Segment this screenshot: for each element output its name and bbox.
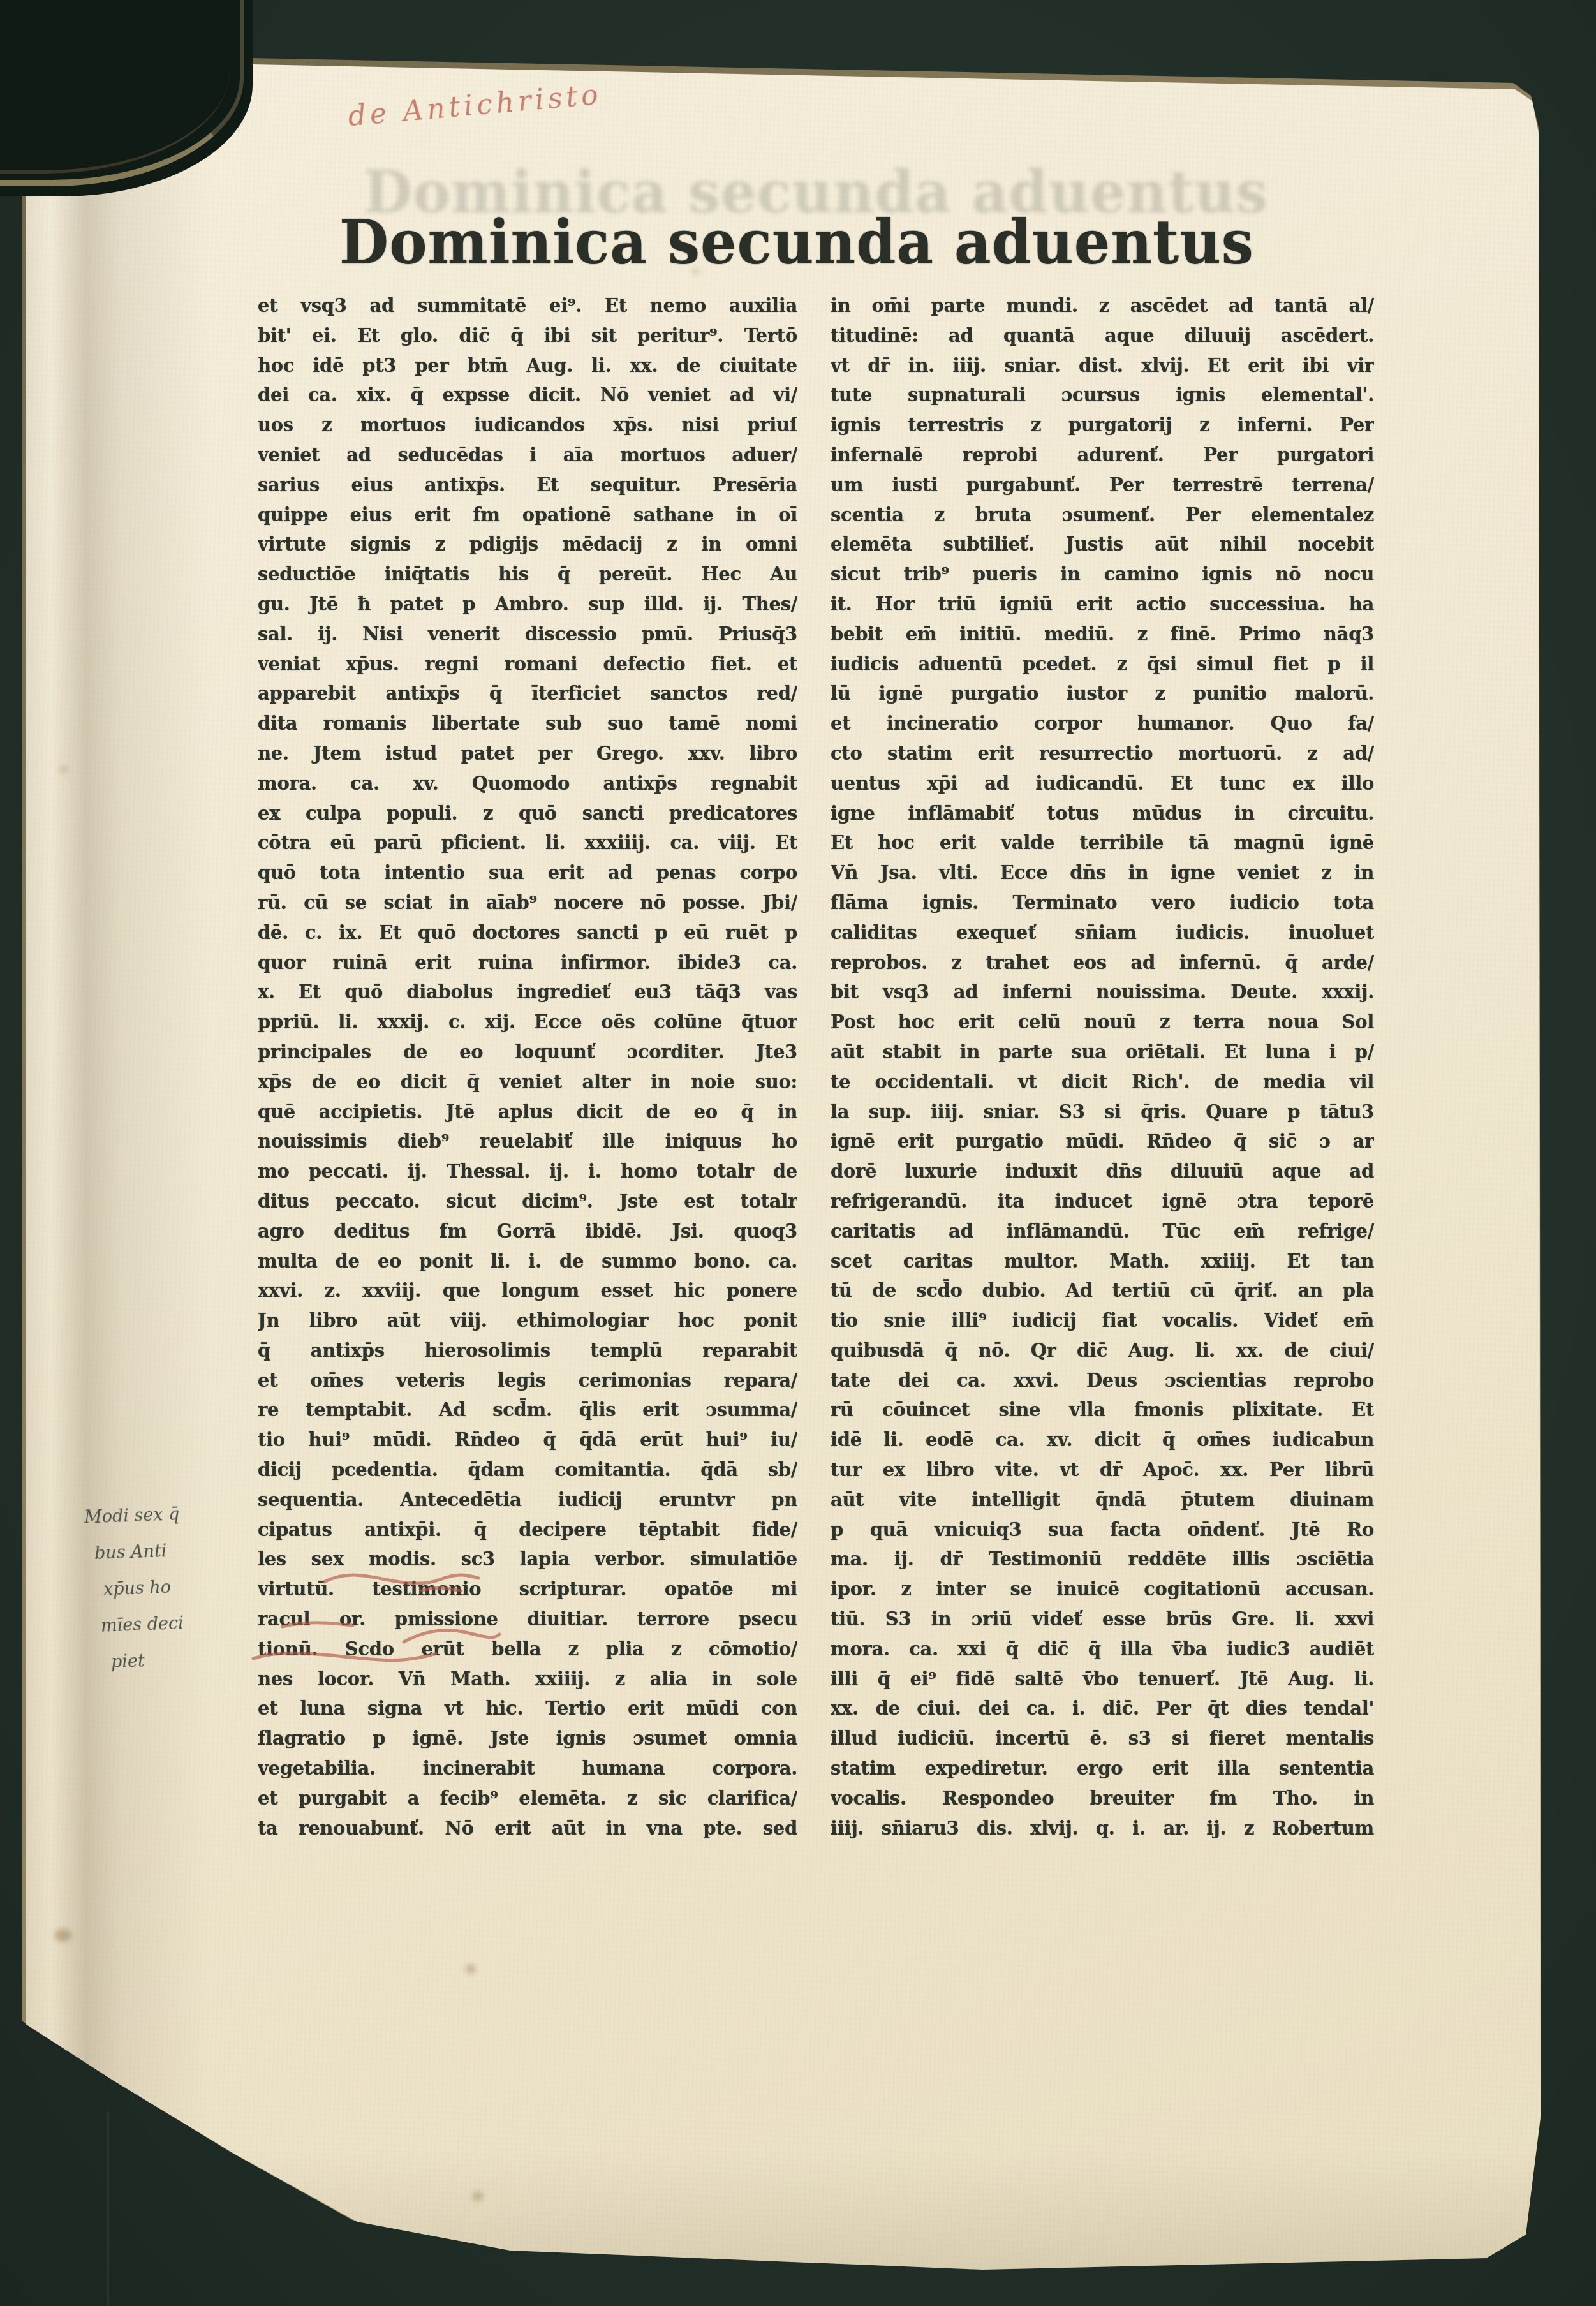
text-line: dei ca. xix. q̄ expsse dicit. Nō veniet …	[258, 380, 797, 410]
text-line: sal. ij. Nisi venerit discessio pmū. Pri…	[258, 619, 797, 649]
text-line: ne. Jtem istud patet per Grego. xxv. lib…	[258, 739, 797, 769]
text-line: scet caritas multor. Math. xxiiij. Et ta…	[831, 1246, 1374, 1276]
text-line: aūt vite intelligit q̄ndā p̄tutem diuina…	[831, 1485, 1374, 1515]
text-line: Jn libro aūt viij. ethimologiar hoc poni…	[258, 1306, 797, 1336]
text-line: xx. de ciui. dei ca. i. dic̄. Per q̄t di…	[831, 1694, 1374, 1724]
text-line: statim expediretur. ergo erit illa sente…	[831, 1754, 1374, 1784]
text-line: veniet ad seducēdas i aīa mortuos aduer/	[258, 440, 797, 470]
page-title: Dominica secunda aduentus	[339, 205, 1254, 277]
text-column-left: et vsq3 ad summitatē ei⁹. Et nemo auxili…	[258, 291, 797, 1843]
text-line: et luna signa vt hic. Tertio erit mūdi c…	[258, 1694, 797, 1724]
text-line: ignē erit purgatio mūdi. Rn̄deo q̄ sic̄ …	[831, 1127, 1374, 1157]
text-line: tū de scd̄o dubio. Ad tertiū cū q̄riť. a…	[831, 1276, 1374, 1306]
text-line: ditus peccato. sicut dicim⁹. Jste est to…	[258, 1186, 797, 1216]
text-line: mora. ca. xv. Quomodo antixp̄s regnabit	[258, 769, 797, 799]
text-line: virtute signis z pdigijs mēdacij z in om…	[258, 529, 797, 559]
text-line: reprobos. z trahet eos ad infernū. q̄ ar…	[831, 948, 1374, 978]
text-line: Et hoc erit valde terribile tā magnū ign…	[831, 828, 1374, 858]
text-line: ma. ij. dr̄ Testimoniū reddēte illis ɔsc…	[831, 1544, 1374, 1574]
text-line: ppriū. li. xxxij. c. xij. Ecce oēs colūn…	[258, 1007, 797, 1037]
annotation-line: mīes deci	[87, 1602, 255, 1645]
text-line: caliditas exequeť sn̄iam iudicis. inuolu…	[831, 918, 1374, 948]
stain-spot	[466, 1965, 476, 1974]
text-line: bit vsq3 ad inferni nouissima. Deute. xx…	[831, 977, 1374, 1007]
text-line: ex culpa populi. z quō sancti predicator…	[258, 799, 797, 829]
text-line: principales de eo loquunť ɔcorditer. Jte…	[258, 1037, 797, 1067]
annotation-line: Modi sex q̄	[84, 1494, 251, 1536]
stain-spot	[472, 2192, 484, 2201]
red-ink-inscription: de Antichristo	[347, 78, 603, 133]
text-line: dita romanis libertate sub suo tamē nomi	[258, 709, 797, 739]
text-line: nouissimis dieb⁹ reuelabiť ille iniquus …	[258, 1127, 797, 1157]
text-line: multa de eo ponit li. i. de summo bono. …	[258, 1246, 797, 1276]
text-line: mora. ca. xxi q̄ dic̄ q̄ illa v̄ba iudic…	[831, 1634, 1374, 1664]
text-line: uos z mortuos iudicandos xp̄s. nisi priu…	[258, 410, 797, 440]
text-line: infernalē reprobi adurenť. Per purgatori	[831, 440, 1374, 470]
text-line: ipor. z inter se inuicē cogitationū accu…	[831, 1574, 1374, 1604]
text-line: flāma ignis. Terminato vero iudicio tota	[831, 888, 1374, 918]
text-line: rū. cū se sciat in aīab⁹ nocere nō posse…	[258, 888, 797, 918]
text-line: quō tota intentio sua erit ad penas corp…	[258, 858, 797, 888]
text-line: dicij pcedentia. q̄dam comitantia. q̄dā …	[258, 1455, 797, 1485]
text-line: iudicis aduentū pcedet. z q̄si simul fie…	[831, 649, 1374, 679]
stain-spot	[55, 1929, 71, 1942]
text-line: apparebit antixp̄s q̄ īterficiet sanctos…	[258, 679, 797, 709]
text-line: dē. c. ix. Et quō doctores sancti p eū r…	[258, 918, 797, 948]
text-line: sarius eius antixp̄s. Et sequitur. Presē…	[258, 470, 797, 500]
text-line: illi q̄ ei⁹ fidē saltē v̄bo tenuerť. Jtē…	[831, 1664, 1374, 1694]
text-line: aūt stabit in parte sua oriētali. Et lun…	[831, 1037, 1374, 1067]
annotation-line: bus Anti	[85, 1530, 252, 1572]
text-line: bebit em̄ initiū. mediū. z finē. Primo n…	[831, 619, 1374, 649]
margin-annotation: Modi sex q̄bus Antixp̄us homīes decipiet	[84, 1494, 256, 1681]
text-line: seductiōe iniq̄tatis his q̄ pereūt. Hec …	[258, 559, 797, 589]
text-line: tio snie illi⁹ iudicij fiat vocalis. Vid…	[831, 1306, 1374, 1336]
text-line: idē li. eodē ca. xv. dicit q̄ om̄es iudi…	[831, 1425, 1374, 1455]
text-line: et vsq3 ad summitatē ei⁹. Et nemo auxili…	[258, 291, 797, 321]
text-line: cipatus antixp̄i. q̄ decipere tēptabit f…	[258, 1515, 797, 1545]
text-line: caritatis ad inflāmandū. Tūc em̄ refrige…	[831, 1216, 1374, 1246]
text-line: et incineratio corpor humanor. Quo fa/	[831, 709, 1374, 739]
page-curl-shadow	[26, 2148, 1544, 2289]
text-line: hoc idē pt3 per btm̄ Aug. li. xx. de ciu…	[258, 351, 797, 381]
text-line: mo peccati. ij. Thessal. ij. i. homo tot…	[258, 1157, 797, 1186]
text-line: gu. Jtē ħ patet p Ambro. sup illd. ij. T…	[258, 589, 797, 619]
text-line: titudinē: ad quantā aque diluuij ascēder…	[831, 321, 1374, 351]
annotation-line: xp̄us ho	[86, 1566, 253, 1608]
text-line: igne inflāmabiť totus mūdus in circuitu.	[831, 799, 1374, 829]
text-line: virtutū. testimonio scripturar. opatōe m…	[258, 1574, 797, 1604]
photo-background: de Antichristo Dominica secunda aduentus…	[0, 0, 1596, 2306]
text-line: in om̄i parte mundi. z ascēdet ad tantā …	[831, 291, 1374, 321]
text-line: racul or. pmissione diuitiar. terrore ps…	[258, 1604, 797, 1634]
text-line: nes locor. Vn̄ Math. xxiiij. z alia in s…	[258, 1664, 797, 1694]
text-line: te occidentali. vt dicit Rich'. de media…	[831, 1067, 1374, 1097]
text-line: iiij. sn̄iaru3 dis. xlvij. q. i. ar. ij.…	[831, 1814, 1374, 1844]
text-line: veniat xp̄us. regni romani defectio fiet…	[258, 649, 797, 679]
text-line: quibusdā q̄ nō. Qr dic̄ Aug. li. xx. de …	[831, 1336, 1374, 1366]
text-line: rū cōuincet sine vlla fmonis plixitate. …	[831, 1395, 1374, 1425]
text-line: vegetabilia. incinerabit humana corpora.	[258, 1754, 797, 1784]
text-line: illud iudiciū. incertū ē. s3 si fieret m…	[831, 1724, 1374, 1754]
gutter-shadow	[26, 56, 230, 2289]
stain-spot	[59, 765, 68, 773]
text-line: ta renouabunť. Nō erit aūt in vna pte. s…	[258, 1814, 797, 1844]
annotation-line: piet	[89, 1639, 256, 1681]
text-line: les sex modis. sc3 lapia verbor. simulat…	[258, 1544, 797, 1574]
text-line: Post hoc erit celū nouū z terra noua Sol	[831, 1007, 1374, 1037]
text-line: sequentia. Antecedētia iudicij eruntvr p…	[258, 1485, 797, 1515]
text-line: sicut trib⁹ pueris in camino ignis nō no…	[831, 559, 1374, 589]
text-line: tio hui⁹ mūdi. Rn̄deo q̄ q̄dā erūt hui⁹ …	[258, 1425, 797, 1455]
text-line: xp̄s de eo dicit q̄ veniet alter in noie…	[258, 1067, 797, 1097]
text-line: scentia z bruta ɔsumenť. Per elementalez	[831, 500, 1374, 530]
text-line: flagratio p ignē. Jste ignis ɔsumet omni…	[258, 1724, 797, 1754]
text-line: dorē luxurie induxit dn̄s diluuiū aque a…	[831, 1157, 1374, 1186]
text-line: tiū. S3 in ɔriū videť esse brūs Gre. li.…	[831, 1604, 1374, 1634]
text-line: Vn̄ Jsa. vlti. Ecce dn̄s in igne veniet …	[831, 858, 1374, 888]
text-line: p quā vnicuiq3 sua facta on̄denť. Jtē Ro	[831, 1515, 1374, 1545]
text-line: tute supnaturali ɔcursus ignis elemental…	[831, 380, 1374, 410]
text-line: ignis terrestris z purgatorij z inferni.…	[831, 410, 1374, 440]
text-line: x. Et quō diabolus ingredieť eu3 tāq̄3 v…	[258, 977, 797, 1007]
text-line: cōtra eū parū pficient. li. xxxiiij. ca.…	[258, 828, 797, 858]
text-line: cto statim erit resurrectio mortuorū. z …	[831, 739, 1374, 769]
text-line: elemēta subtilieť. Justis aūt nihil noce…	[831, 529, 1374, 559]
text-line: vt dr̄ in. iiij. sniar. dist. xlvij. Et …	[831, 351, 1374, 381]
text-line: uentus xp̄i ad iudicandū. Et tunc ex ill…	[831, 769, 1374, 799]
text-line: um iusti purgabunť. Per terrestrē terren…	[831, 470, 1374, 500]
text-line: quē accipietis. Jtē aplus dicit de eo q̄…	[258, 1097, 797, 1127]
text-line: et om̄es veteris legis cerimonias repara…	[258, 1366, 797, 1396]
text-line: q̄ antixp̄s hierosolimis templū reparabi…	[258, 1336, 797, 1366]
text-line: quippe eius erit fm opationē sathane in …	[258, 500, 797, 530]
text-line: refrigerandū. ita inducet ignē ɔtra tepo…	[831, 1186, 1374, 1216]
text-line: tur ex libro vite. vt dr̄ Apoc̄. xx. Per…	[831, 1455, 1374, 1485]
text-line: bit' ei. Et glo. dic̄ q̄ ibi sit peritur…	[258, 321, 797, 351]
text-line: quor ruinā erit ruina infirmor. ibide3 c…	[258, 948, 797, 978]
text-line: et purgabit a fecib⁹ elemēta. z sic clar…	[258, 1784, 797, 1814]
text-line: la sup. iiij. sniar. S3 si q̄ris. Quare …	[831, 1097, 1374, 1127]
text-line: lū ignē purgatio iustor z punitio malorū…	[831, 679, 1374, 709]
text-line: vocalis. Respondeo breuiter fm Tho. in	[831, 1784, 1374, 1814]
book-page: de Antichristo Dominica secunda aduentus…	[26, 56, 1544, 2289]
text-column-right: in om̄i parte mundi. z ascēdet ad tantā …	[831, 291, 1374, 1843]
shelf-edge-line	[107, 2111, 109, 2306]
text-line: tionū. Scdo erūt bella z plia z cōmotio/	[258, 1634, 797, 1664]
text-line: agro deditus fm Gorrā ibidē. Jsi. quoq3	[258, 1216, 797, 1246]
text-line: xxvi. z. xxviij. que longum esset hic po…	[258, 1276, 797, 1306]
text-line: tate dei ca. xxvi. Deus ɔscientias repro…	[831, 1366, 1374, 1396]
text-line: re temptabit. Ad scd̄m. q̄lis erit ɔsumm…	[258, 1395, 797, 1425]
text-line: it. Hor triū igniū erit actio successiua…	[831, 589, 1374, 619]
